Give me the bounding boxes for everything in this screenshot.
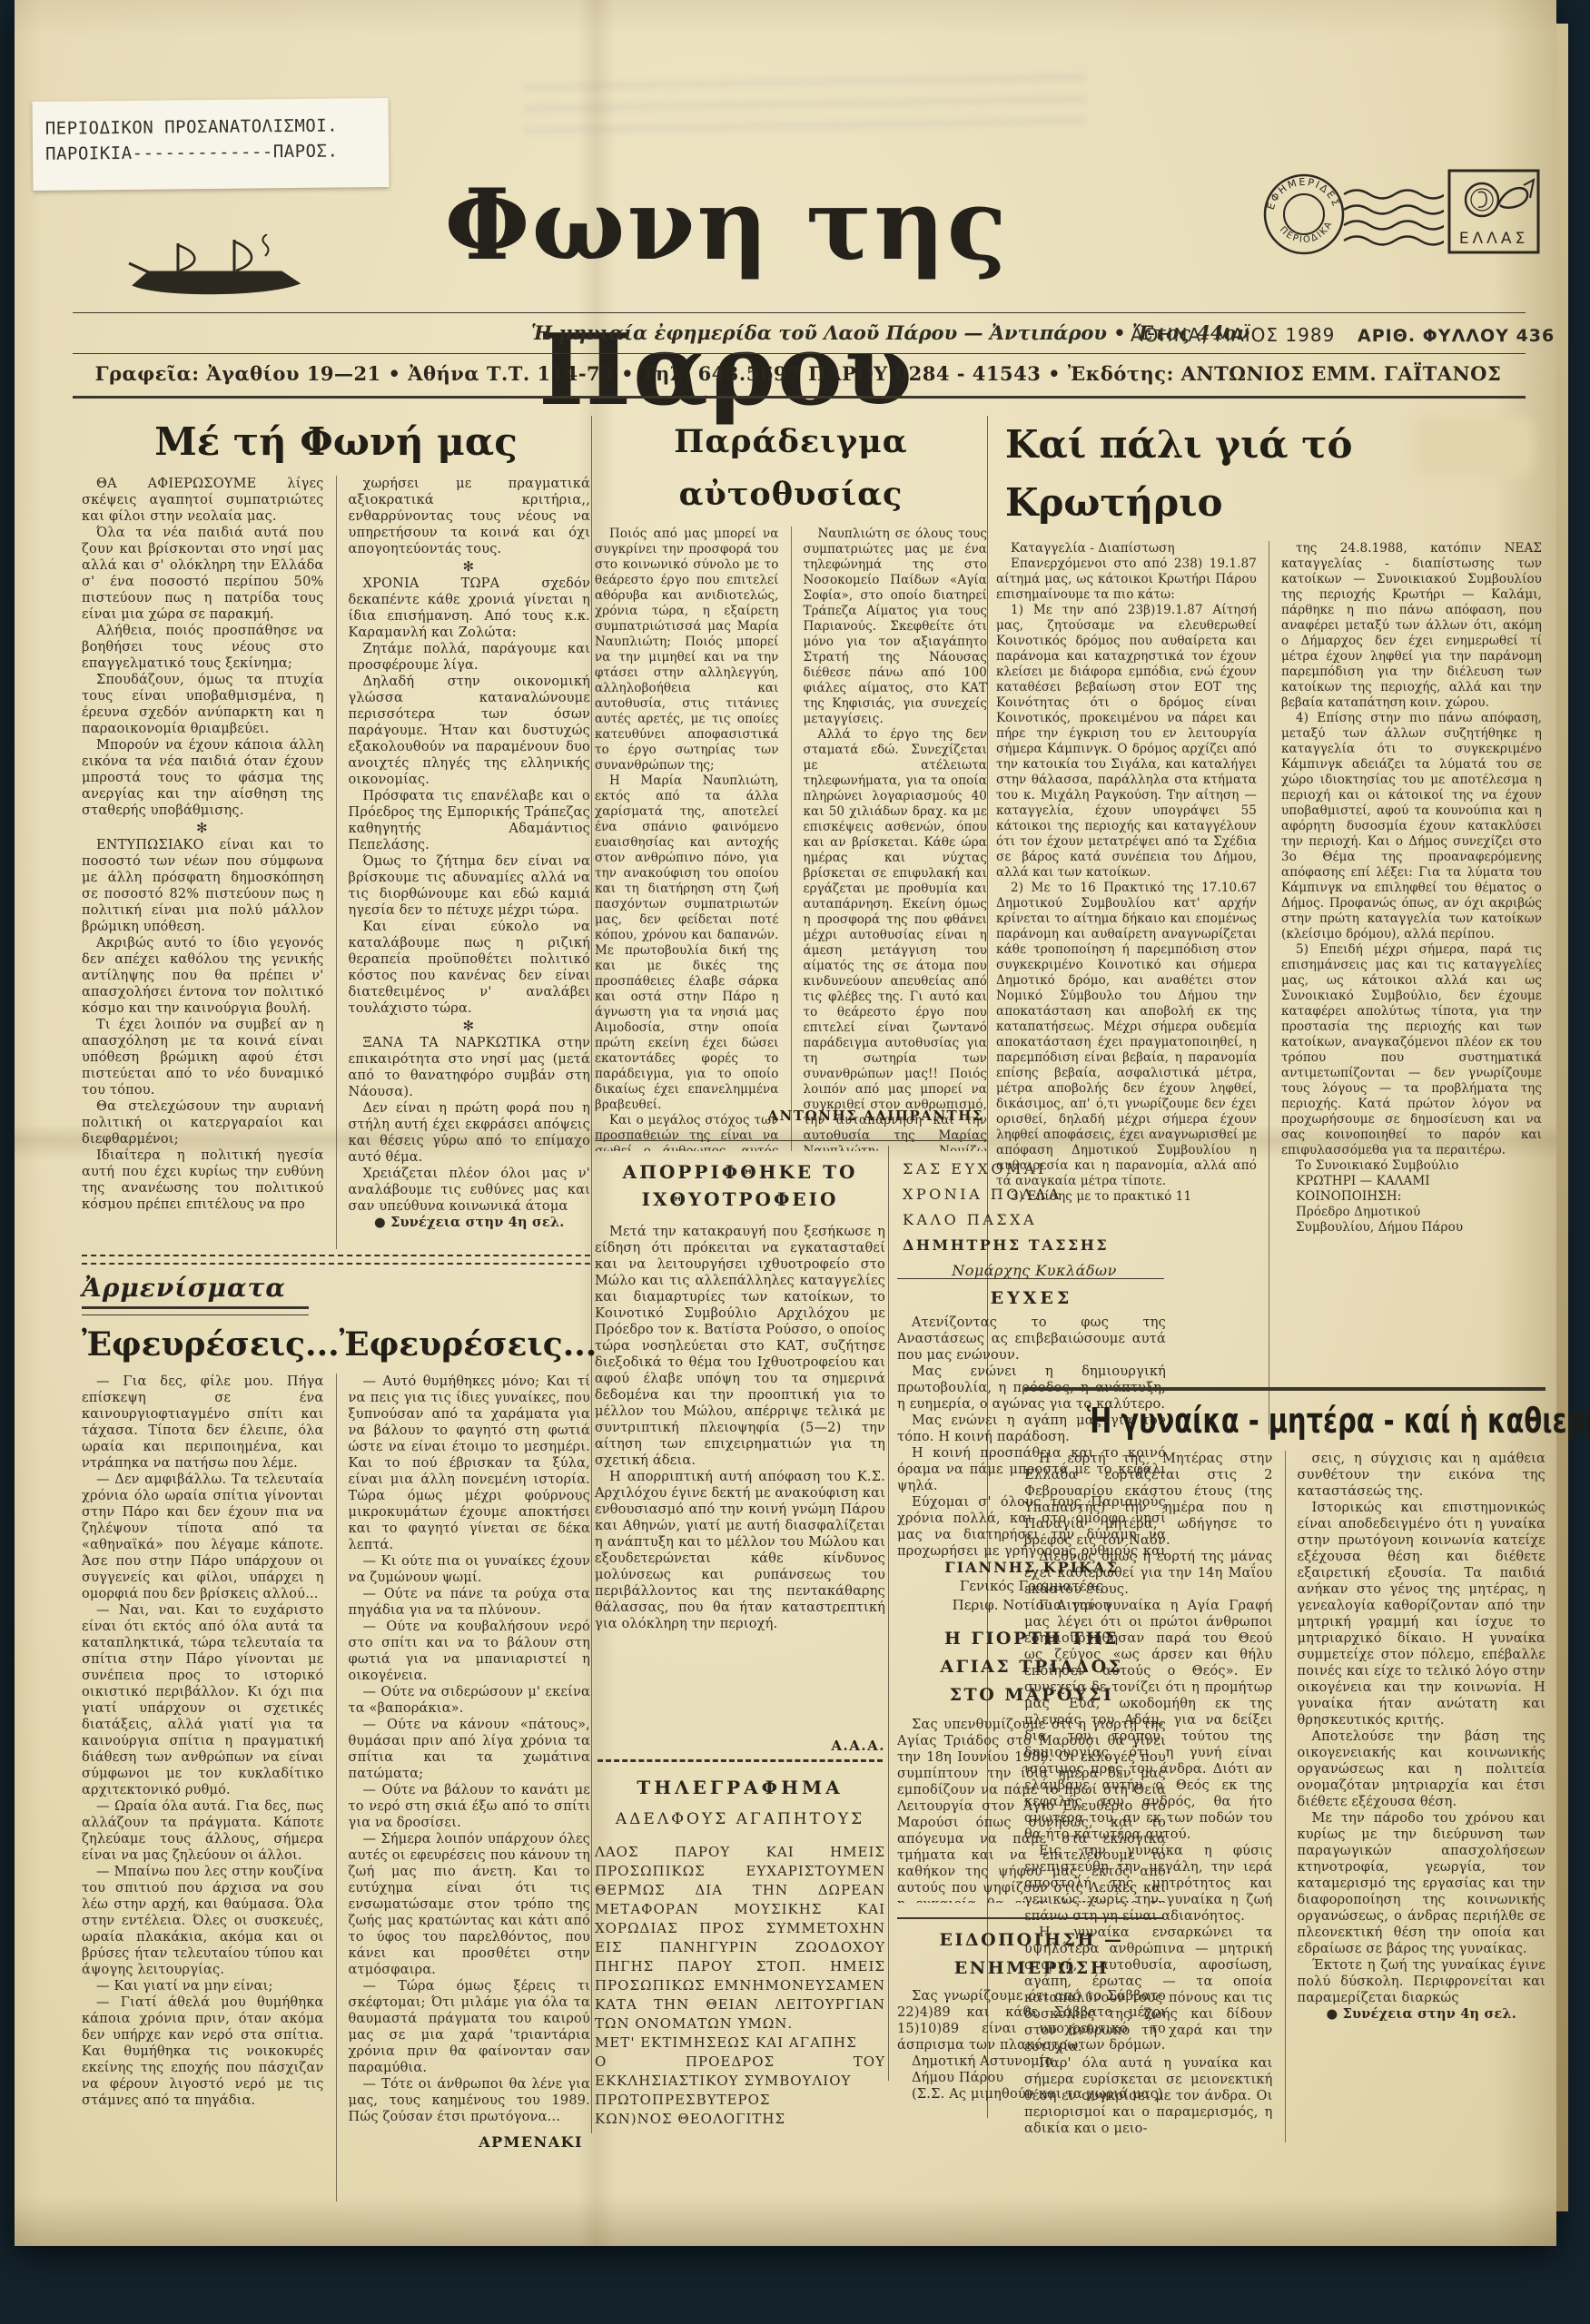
article-title: ΙΧΘΥΟΤΡΟΦΕΙΟ xyxy=(595,1186,885,1213)
article-title: Ἐφευρέσεις... xyxy=(82,1324,340,1364)
column-divider xyxy=(591,416,592,2133)
article-column: της 24.8.1988, κατόπιν ΝΕΑΣ καταγγελίας … xyxy=(1269,541,1542,1434)
section-rule xyxy=(82,1255,590,1265)
article-signature: Α.Α.Α. xyxy=(595,1738,885,1754)
newspaper-title: Φωνη της Παρου xyxy=(272,153,1180,307)
article-subtitle: ΑΔΕΛΦΟΥΣ ΑΓΑΠΗΤΟΥΣ xyxy=(595,1801,885,1837)
article-body: Μετά την κατακραυγή που ξεσήκωσε η είδησ… xyxy=(595,1224,885,1732)
kicker-label: Ἀρμενίσματα xyxy=(82,1273,286,1303)
newspaper-page: ΠΕΡΙΟΔΙΚΟΝ ΠΡΟΣΑΝΑΤΟΛΙΣΜΟΙ. ΠΑΡΟΙΚΙΑ----… xyxy=(15,0,1556,2246)
publisher-info: Γραφεῖα: Ἀγαθίου 19—21 • Ἀθήνα Τ.Τ. 114-… xyxy=(73,359,1524,389)
kicker-underline xyxy=(82,1306,309,1315)
article-column: σεις, η σύγχισις και η αμάθεια συνθέτουν… xyxy=(1285,1451,1546,2142)
article-column: χωρήσει με πραγματικά αξιοκρατικά κριτήρ… xyxy=(336,476,591,1249)
article-title: ΤΗΛΕΓΡΑΦΗΜΑ xyxy=(595,1774,885,1801)
postmark-circle-icon: ΕΦΗΜΕΡΙΔΕΣ ΠΕΡΙΟΔΙΚΑ xyxy=(1260,171,1348,261)
column-divider xyxy=(888,1146,889,2081)
article-body: ΘΑ ΑΦΙΕΡΩΣΟΥΜΕ λίγες σκέψεις αγαπητοί συ… xyxy=(82,476,590,1249)
article-title: Ἡ γυναίκα - μητέρα - καί ἡ καθιερωμένη ἑ… xyxy=(1087,1398,1483,1443)
article-title: Παράδειγμα αὐτοθυσίας xyxy=(595,416,987,521)
article-title: Μέ τή Φωνή μας xyxy=(82,416,590,468)
masthead-rule xyxy=(73,353,1526,354)
article-column: — Αυτό θυμήθηκες μόνο; Και τί να πεις γι… xyxy=(336,1374,591,2201)
article-voice: Μέ τή Φωνή μας ΘΑ ΑΦΙΕΡΩΣΟΥΜΕ λίγες σκέψ… xyxy=(82,416,590,1249)
article-signature: ΑΝΤΩΝΗΣ ΑΛΙΠΡΑΝΤΗΣ xyxy=(767,1108,983,1124)
article-title-row: Ἐφευρέσεις... Ἐφευρέσεις... xyxy=(82,1324,590,1364)
article-column: Ποιός από μας μπορεί να συγκρίνει την πρ… xyxy=(595,527,791,1151)
label-line: ΠΕΡΙΟΔΙΚΟΝ ΠΡΟΣΑΝΑΤΟΛΙΣΜΟΙ. xyxy=(45,113,378,142)
article-telegram: ΤΗΛΕΓΡΑΦΗΜΑ ΑΔΕΛΦΟΥΣ ΑΓΑΠΗΤΟΥΣ ΛΑΟΣ ΠΑΡΟ… xyxy=(595,1774,885,2142)
article-sacrifice: Παράδειγμα αὐτοθυσίας Ποιός από μας μπορ… xyxy=(595,416,987,1151)
page-stack-edge xyxy=(1556,24,1568,2211)
issue-number: ΑΡΙΘ. ΦΥΛΛΟΥ 436 xyxy=(1358,323,1555,349)
article-column: Καταγγελία - ΔιαπίστωσηΕπανερχόμενοι στο… xyxy=(996,541,1269,1434)
article-title: ΑΠΟΡΡΙΦΘΗΚΕ ΤΟ xyxy=(595,1158,885,1186)
section-rule xyxy=(595,1140,987,1141)
article-body: Η εορτή της Μητέρας στην Ελλάδα εορτάζετ… xyxy=(1024,1451,1546,2142)
masthead-rule-thick xyxy=(73,396,1526,399)
article-title: Ἐφευρέσεις... xyxy=(340,1324,597,1364)
greece-post-stamp-icon: ΕΛΛΑΣ xyxy=(1446,167,1542,260)
issue-date: ΑΘΗΝΑ, ΜΑΪΟΣ 1989 xyxy=(1131,321,1335,349)
article-fishfarm: ΑΠΟΡΡΙΦΘΗΚΕ ΤΟ ΙΧΘΥΟΤΡΟΦΕΙΟ Μετά την κατ… xyxy=(595,1158,885,1754)
article-column: ΘΑ ΑΦΙΕΡΩΣΟΥΜΕ λίγες σκέψεις αγαπητοί συ… xyxy=(82,476,336,1249)
section-rule-thick xyxy=(1024,1387,1546,1391)
article-body: — Για δες, φίλε μου. Πήγα επίσκεψη σε έν… xyxy=(82,1374,590,2201)
article-column: Η εορτή της Μητέρας στην Ελλάδα εορτάζετ… xyxy=(1024,1451,1285,2142)
article-woman: Ἡ γυναίκα - μητέρα - καί ἡ καθιερωμένη ἑ… xyxy=(1024,1387,1546,2142)
postmark-waves-icon xyxy=(1342,187,1444,251)
tape-smudge xyxy=(1421,423,1526,470)
article-body: Καταγγελία - ΔιαπίστωσηΕπανερχόμενοι στο… xyxy=(996,541,1542,1434)
column-kicker: Ἀρμενίσματα xyxy=(82,1274,590,1315)
article-body: ΛΑΟΣ ΠΑΡΟΥ ΚΑΙ ΗΜΕΙΣ ΠΡΟΣΩΠΙΚΩΣ ΕΥΧΑΡΙΣΤ… xyxy=(595,1843,885,2142)
newspaper-scan: ΠΕΡΙΟΔΙΚΟΝ ΠΡΟΣΑΝΑΤΟΛΙΣΜΟΙ. ΠΑΡΟΙΚΙΑ----… xyxy=(0,0,1590,2324)
print-showthrough xyxy=(522,66,1086,149)
article-body: Ποιός από μας μπορεί να συγκρίνει την πρ… xyxy=(595,527,987,1151)
article-column: — Για δες, φίλε μου. Πήγα επίσκεψη σε έν… xyxy=(82,1374,336,2201)
masthead-rule xyxy=(73,312,1526,313)
article-krotiri: Καί πάλι γιά τό Κρωτήριο Καταγγελία - Δι… xyxy=(996,416,1542,1434)
article-column: Ναυπλιώτη σε όλους τους συμπατριώτες μας… xyxy=(791,527,988,1151)
article-inventions: Ἀρμενίσματα Ἐφευρέσεις... Ἐφευρέσεις... … xyxy=(82,1255,590,2201)
section-rule-dashed xyxy=(597,1759,883,1762)
stamp-country-label: ΕΛΛΑΣ xyxy=(1459,230,1528,248)
column-signature: ΑΡΜΕΝΑΚΙ xyxy=(479,2133,583,2151)
